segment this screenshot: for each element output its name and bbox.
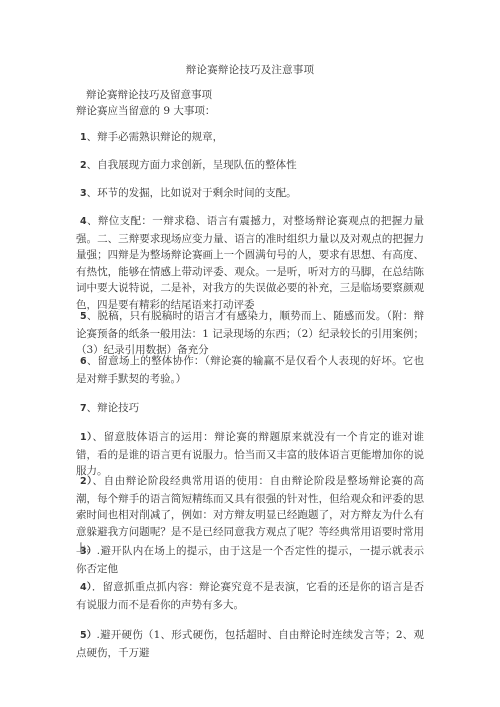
item-text: 、环节的发掘，比如说对于剩余时间的支配。 xyxy=(87,187,297,199)
item-1: 1、辩手必需熟识辩论的规章， xyxy=(76,129,424,147)
item-number: 5 xyxy=(80,311,87,322)
item-3: 3、环节的发掘，比如说对于剩余时间的支配。 xyxy=(76,185,424,203)
item-text: 、脱稿，只有脱稿时的语言才有感染力，顺势而上、随感而发。（附：辩论赛预备的纸条一… xyxy=(76,310,424,356)
intro-line: 辩论赛应当留意的 9 大事项： xyxy=(76,104,215,118)
technique-number: 3） xyxy=(80,546,97,557)
item-6: 6、留意场上的整体协作：（辩论赛的输赢不是仅看个人表现的好坏。它也是对辩手默契的… xyxy=(76,353,424,387)
item-text: 、留意场上的整体协作：（辩论赛的输赢不是仅看个人表现的好坏。它也是对辩手默契的考… xyxy=(76,355,424,385)
item-5: 5、脱稿，只有脱稿时的语言才有感染力，顺势而上、随感而发。（附：辩论赛预备的纸条… xyxy=(76,308,424,359)
item-number: 3 xyxy=(80,188,87,199)
technique-5: 5）.避开硬伤（1、形式硬伤，包括超时、自由辩论时连续发言等；2、观点硬伤，千万… xyxy=(76,627,424,661)
item-number: 4 xyxy=(80,216,87,227)
technique-number: 4） xyxy=(80,582,92,593)
item-number: 2 xyxy=(80,160,87,171)
technique-text: .避开硬伤（1、形式硬伤，包括超时、自由辩论时连续发言等；2、观点硬伤，千万避 xyxy=(76,629,424,659)
item-4: 4、辩位支配：一辩求稳、语言有震撼力，对整场辩论赛观点的把握力量强。二、三辩要求… xyxy=(76,213,424,313)
technique-4: 4）．留意抓重点抓内容：辩论赛究竟不是表演，它看的还是你的语言是否有说服力而不是… xyxy=(76,579,424,613)
item-text: 、辩位支配：一辩求稳、语言有震撼力，对整场辩论赛观点的把握力量强。二、三辩要求现… xyxy=(76,215,424,311)
technique-text: ．留意抓重点抓内容：辩论赛究竟不是表演，它看的还是你的语言是否有说服力而不是看你… xyxy=(76,581,424,611)
document-subtitle: 辩论赛辩论技巧及留意事项 xyxy=(86,88,212,102)
item-7: 7、辩论技巧 xyxy=(76,400,424,418)
technique-text: .避开队内在场上的提示，由于这是一个否定性的提示，一提示就表示你否定他 xyxy=(76,545,424,575)
item-text: 、自我展现方面力求创新，呈现队伍的整体性 xyxy=(87,159,297,171)
technique-number: 5） xyxy=(80,630,97,641)
technique-text: 、留意肢体语言的运用：辩论赛的辩题原来就没有一个肯定的谁对谁错，看的是谁的语言更… xyxy=(76,431,424,477)
item-text: 、辩论技巧 xyxy=(87,402,140,414)
item-number: 6 xyxy=(80,356,87,367)
item-2: 2、自我展现方面力求创新，呈现队伍的整体性 xyxy=(76,157,424,175)
technique-3: 3）.避开队内在场上的提示，由于这是一个否定性的提示，一提示就表示你否定他 xyxy=(76,543,424,577)
technique-number: 1） xyxy=(80,432,93,443)
item-number: 7 xyxy=(80,403,87,414)
technique-number: 2） xyxy=(80,476,93,487)
item-text: 、辩手必需熟识辩论的规章， xyxy=(87,131,224,143)
item-number: 1 xyxy=(80,132,87,143)
document-title: 辩论赛辩论技巧及注意事项 xyxy=(0,63,500,77)
document-page: 辩论赛辩论技巧及注意事项 辩论赛辩论技巧及留意事项 辩论赛应当留意的 9 大事项… xyxy=(0,0,500,707)
technique-1: 1）、留意肢体语言的运用：辩论赛的辩题原来就没有一个肯定的谁对谁错，看的是谁的语… xyxy=(76,429,424,480)
